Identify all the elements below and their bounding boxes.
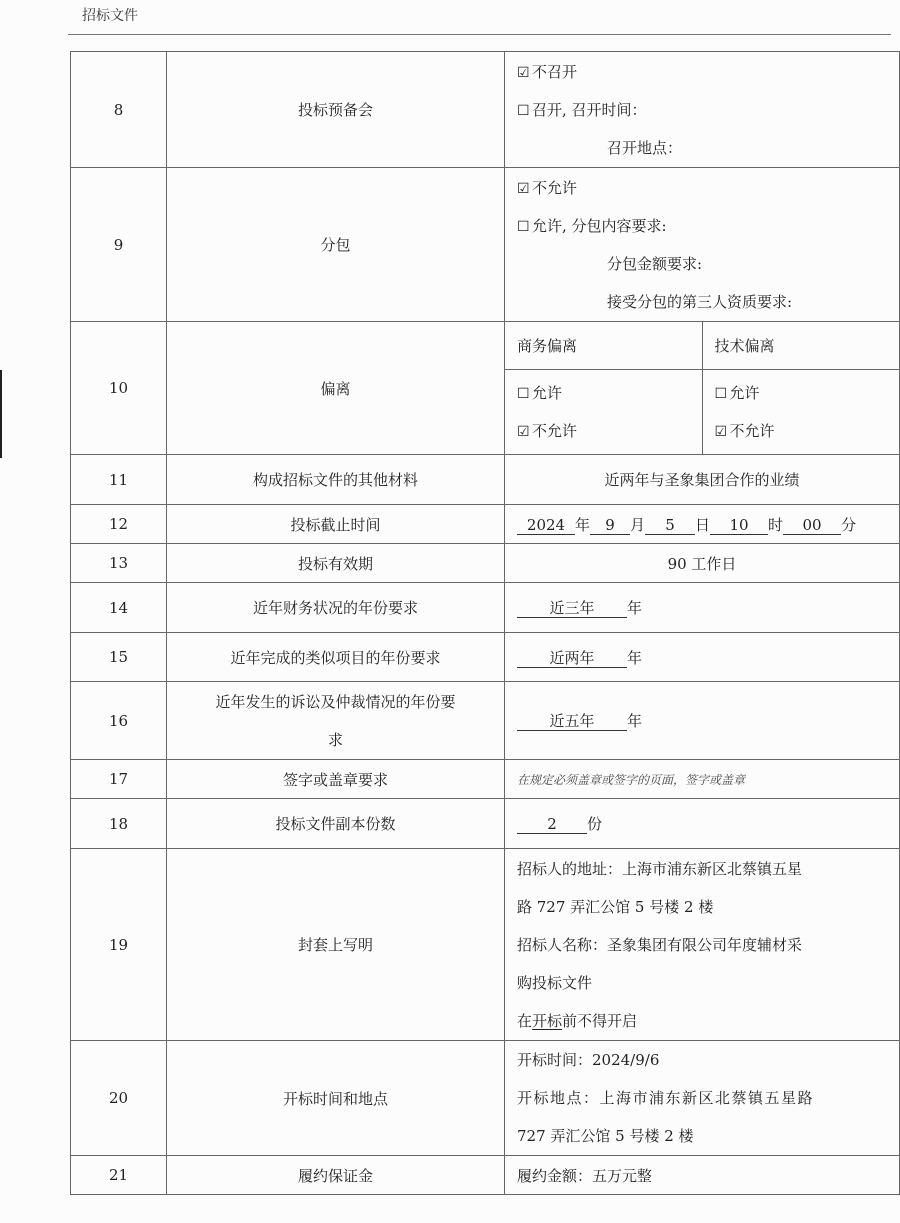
table-row: 10 偏离 商务偏离 技术偏离 ☐允许 ☑不允许	[71, 322, 900, 455]
deviation-subtable: 商务偏离 技术偏离 ☐允许 ☑不允许 ☐允许	[505, 322, 899, 454]
business-option-allow[interactable]: ☐允许	[517, 374, 702, 412]
table-row: 11 构成招标文件的其他材料 近两年与圣象集团合作的业绩	[71, 455, 900, 505]
row-item: 分包	[167, 168, 505, 322]
row-number: 9	[71, 168, 167, 322]
row-value: ☑不允许 ☐允许, 分包内容要求: 分包金额要求: 接受分包的第三人资质要求:	[505, 168, 900, 322]
years-value: 近五年	[517, 712, 627, 731]
row-value: 近五年年	[505, 682, 900, 760]
table-row: 13 投标有效期 90 工作日	[71, 544, 900, 583]
envelope-marking: 招标人的地址：上海市浦东新区北蔡镇五星 路 727 弄汇公馆 5 号楼 2 楼 …	[505, 849, 900, 1041]
envelope-line: 路 727 弄汇公馆 5 号楼 2 楼	[517, 888, 899, 926]
row-number: 18	[71, 799, 167, 849]
subcontract-qualification-label: 接受分包的第三人资质要求:	[517, 283, 899, 321]
table-row: 8 投标预备会 ☑不召开 ☐召开, 召开时间： 召开地点：	[71, 52, 900, 168]
row-item: 构成招标文件的其他材料	[167, 455, 505, 505]
row-number: 11	[71, 455, 167, 505]
header-divider	[68, 34, 891, 35]
table-row: 9 分包 ☑不允许 ☐允许, 分包内容要求: 分包金额要求: 接受分包的第三人资…	[71, 168, 900, 322]
table-row: 21 履约保证金 履约金额：五万元整	[71, 1156, 900, 1195]
row-item: 投标文件副本份数	[167, 799, 505, 849]
row-value: 近两年与圣象集团合作的业绩	[505, 455, 900, 505]
technical-option-allow[interactable]: ☐允许	[715, 374, 900, 412]
table-row: 20 开标时间和地点 开标时间：2024/9/6 开标地点：上海市浦东新区北蔡镇…	[71, 1041, 900, 1156]
deadline-day: 5	[645, 516, 695, 535]
row-value: 2份	[505, 799, 900, 849]
deadline-year: 2024	[517, 516, 575, 535]
technical-option-disallow[interactable]: ☑不允许	[715, 412, 900, 450]
table-row: 16 近年发生的诉讼及仲裁情况的年份要 求 近五年年	[71, 682, 900, 760]
row-number: 8	[71, 52, 167, 168]
business-deviation-header: 商务偏离	[505, 322, 702, 370]
years-value: 近三年	[517, 599, 627, 618]
checkbox-checked-icon[interactable]: ☑	[715, 413, 730, 451]
row-number: 15	[71, 633, 167, 682]
row-value: 90 工作日	[505, 544, 900, 583]
row-item: 封套上写明	[167, 849, 505, 1041]
row-item: 投标截止时间	[167, 505, 505, 544]
row-item: 履约保证金	[167, 1156, 505, 1195]
row-value: ☑不召开 ☐召开, 召开时间： 召开地点：	[505, 52, 900, 168]
row-value: 商务偏离 技术偏离 ☐允许 ☑不允许 ☐允许	[505, 322, 900, 455]
table-row: 14 近年财务状况的年份要求 近三年年	[71, 583, 900, 633]
opening-line: 开标时间：2024/9/6	[517, 1041, 899, 1079]
deadline-value: 2024年9月5日10时00分	[505, 505, 900, 544]
row-value: 近三年年	[505, 583, 900, 633]
table-row: 18 投标文件副本份数 2份	[71, 799, 900, 849]
row-item: 近年完成的类似项目的年份要求	[167, 633, 505, 682]
copies-value: 2	[517, 815, 587, 834]
subcontract-amount-label: 分包金额要求:	[517, 245, 899, 283]
row-item: 开标时间和地点	[167, 1041, 505, 1156]
row-number: 14	[71, 583, 167, 633]
option-meeting[interactable]: ☐召开, 召开时间：	[517, 91, 899, 129]
option-subcontract[interactable]: ☐允许, 分包内容要求:	[517, 207, 899, 245]
table-row: 19 封套上写明 招标人的地址：上海市浦东新区北蔡镇五星 路 727 弄汇公馆 …	[71, 849, 900, 1041]
margin-marker	[0, 370, 2, 458]
business-option-disallow[interactable]: ☑不允许	[517, 412, 702, 450]
checkbox-empty-icon[interactable]: ☐	[517, 375, 532, 413]
row-item: 投标预备会	[167, 52, 505, 168]
deadline-hour: 10	[710, 516, 768, 535]
page-header-title: 招标文件	[82, 5, 138, 25]
opening-info: 开标时间：2024/9/6 开标地点：上海市浦东新区北蔡镇五星路 727 弄汇公…	[505, 1041, 900, 1156]
row-number: 10	[71, 322, 167, 455]
option-no-meeting[interactable]: ☑不召开	[517, 53, 899, 91]
meeting-location-label: 召开地点：	[517, 129, 899, 167]
table-row: 15 近年完成的类似项目的年份要求 近两年年	[71, 633, 900, 682]
envelope-line: 在开标前不得开启	[517, 1002, 899, 1040]
row-value: 履约金额：五万元整	[505, 1156, 900, 1195]
opening-line: 开标地点：上海市浦东新区北蔡镇五星路	[517, 1079, 899, 1117]
deadline-month: 9	[590, 516, 630, 535]
row-item: 偏离	[167, 322, 505, 455]
checkbox-checked-icon[interactable]: ☑	[517, 413, 532, 451]
envelope-line: 招标人名称：圣象集团有限公司年度辅材采	[517, 926, 899, 964]
row-item: 投标有效期	[167, 544, 505, 583]
signature-note: 在规定必须盖章或签字的页面，签字或盖章	[505, 760, 900, 799]
checkbox-checked-icon[interactable]: ☑	[517, 170, 532, 208]
opening-line: 727 弄汇公馆 5 号楼 2 楼	[517, 1117, 899, 1155]
row-value: 近两年年	[505, 633, 900, 682]
envelope-line: 招标人的地址：上海市浦东新区北蔡镇五星	[517, 850, 899, 888]
option-no-subcontract[interactable]: ☑不允许	[517, 169, 899, 207]
row-number: 21	[71, 1156, 167, 1195]
row-item: 近年财务状况的年份要求	[167, 583, 505, 633]
checkbox-empty-icon[interactable]: ☐	[517, 92, 532, 130]
row-number: 16	[71, 682, 167, 760]
checkbox-checked-icon[interactable]: ☑	[517, 54, 532, 92]
row-item: 签字或盖章要求	[167, 760, 505, 799]
checkbox-empty-icon[interactable]: ☐	[517, 208, 532, 246]
row-number: 13	[71, 544, 167, 583]
bid-spec-table: 8 投标预备会 ☑不召开 ☐召开, 召开时间： 召开地点： 9 分包 ☑不允许 …	[70, 51, 900, 1195]
deadline-minute: 00	[783, 516, 841, 535]
table-row: 12 投标截止时间 2024年9月5日10时00分	[71, 505, 900, 544]
technical-deviation-header: 技术偏离	[702, 322, 899, 370]
envelope-line: 购投标文件	[517, 964, 899, 1002]
checkbox-empty-icon[interactable]: ☐	[715, 375, 730, 413]
years-value: 近两年	[517, 649, 627, 668]
row-number: 20	[71, 1041, 167, 1156]
table-row: 17 签字或盖章要求 在规定必须盖章或签字的页面，签字或盖章	[71, 760, 900, 799]
row-number: 19	[71, 849, 167, 1041]
row-item: 近年发生的诉讼及仲裁情况的年份要 求	[167, 682, 505, 760]
row-number: 17	[71, 760, 167, 799]
row-number: 12	[71, 505, 167, 544]
